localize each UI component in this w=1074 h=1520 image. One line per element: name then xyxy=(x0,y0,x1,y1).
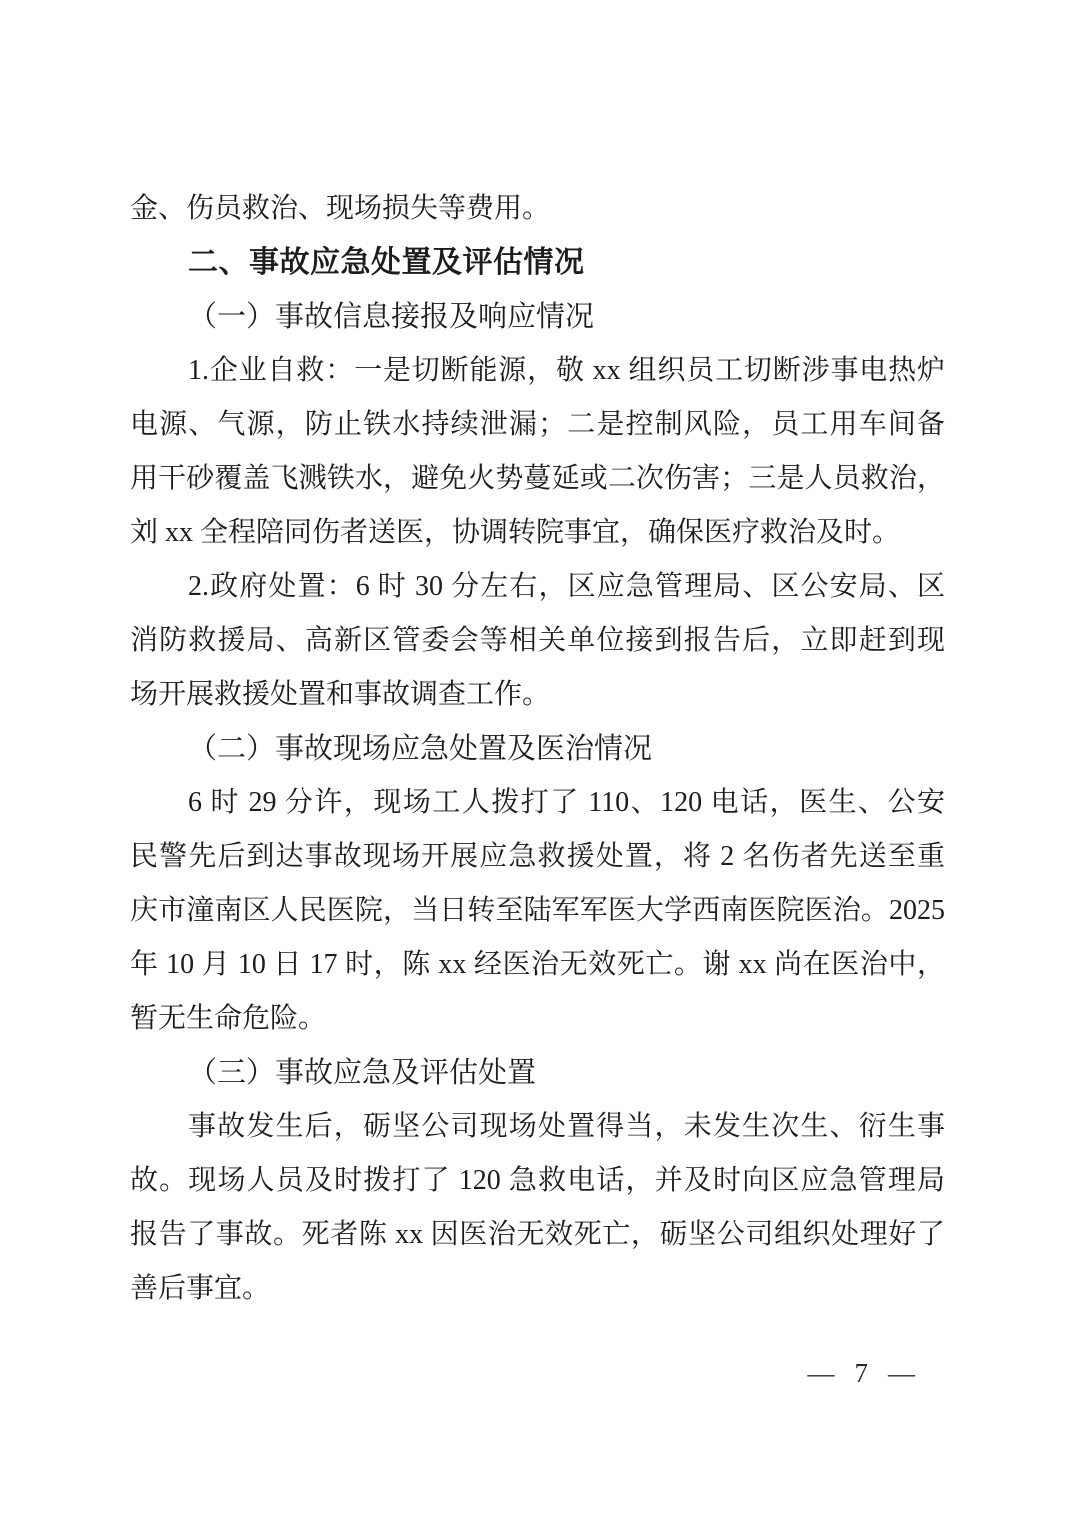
subsection-heading: （二）事故现场应急处置及医治情况 xyxy=(130,722,945,776)
paragraph-line: 善后事宜。 xyxy=(130,1262,945,1316)
paragraph-line: 电源、气源，防止铁水持续泄漏；二是控制风险，员工用车间备 xyxy=(130,398,945,452)
paragraph-line: 用干砂覆盖飞溅铁水，避免火势蔓延或二次伤害；三是人员救治， xyxy=(130,452,945,506)
subsection-heading: （一）事故信息接报及响应情况 xyxy=(130,290,945,344)
paragraph-line: 2.政府处置：6 时 30 分左右，区应急管理局、区公安局、区 xyxy=(130,560,945,614)
section-heading: 二、事故应急处置及评估情况 xyxy=(130,236,945,290)
page-number: 7 xyxy=(855,1358,869,1388)
paragraph-line: 场开展救援处置和事故调查工作。 xyxy=(130,668,945,722)
paragraph-line: 故。现场人员及时拨打了 120 急救电话，并及时向区应急管理局 xyxy=(130,1154,945,1208)
paragraph-line: 事故发生后，砺坚公司现场处置得当，未发生次生、衍生事 xyxy=(130,1100,945,1154)
page-number-dash-right: — xyxy=(888,1358,915,1388)
subsection-heading: （三）事故应急及评估处置 xyxy=(130,1046,945,1100)
paragraph-line: 1.企业自救：一是切断能源，敬 xx 组织员工切断涉事电热炉 xyxy=(130,344,945,398)
paragraph-line: 消防救援局、高新区管委会等相关单位接到报告后，立即赶到现 xyxy=(130,614,945,668)
document-body: 金、伤员救治、现场损失等费用。二、事故应急处置及评估情况（一）事故信息接报及响应… xyxy=(130,182,945,1316)
paragraph-line: 年 10 月 10 日 17 时，陈 xx 经医治无效死亡。谢 xx 尚在医治中… xyxy=(130,938,945,992)
paragraph-line: 暂无生命危险。 xyxy=(130,992,945,1046)
paragraph-line: 庆市潼南区人民医院，当日转至陆军军医大学西南医院医治。2025 xyxy=(130,884,945,938)
page-number-dash-left: — xyxy=(808,1358,835,1388)
paragraph-line: 6 时 29 分许，现场工人拨打了 110、120 电话，医生、公安 xyxy=(130,776,945,830)
paragraph-line: 报告了事故。死者陈 xx 因医治无效死亡，砺坚公司组织处理好了 xyxy=(130,1208,945,1262)
page-footer: — 7 — xyxy=(808,1358,916,1388)
paragraph-line: 民警先后到达事故现场开展应急救援处置，将 2 名伤者先送至重 xyxy=(130,830,945,884)
paragraph-line: 金、伤员救治、现场损失等费用。 xyxy=(130,182,945,236)
document-page: 金、伤员救治、现场损失等费用。二、事故应急处置及评估情况（一）事故信息接报及响应… xyxy=(0,0,1074,1520)
paragraph-line: 刘 xx 全程陪同伤者送医，协调转院事宜，确保医疗救治及时。 xyxy=(130,506,945,560)
